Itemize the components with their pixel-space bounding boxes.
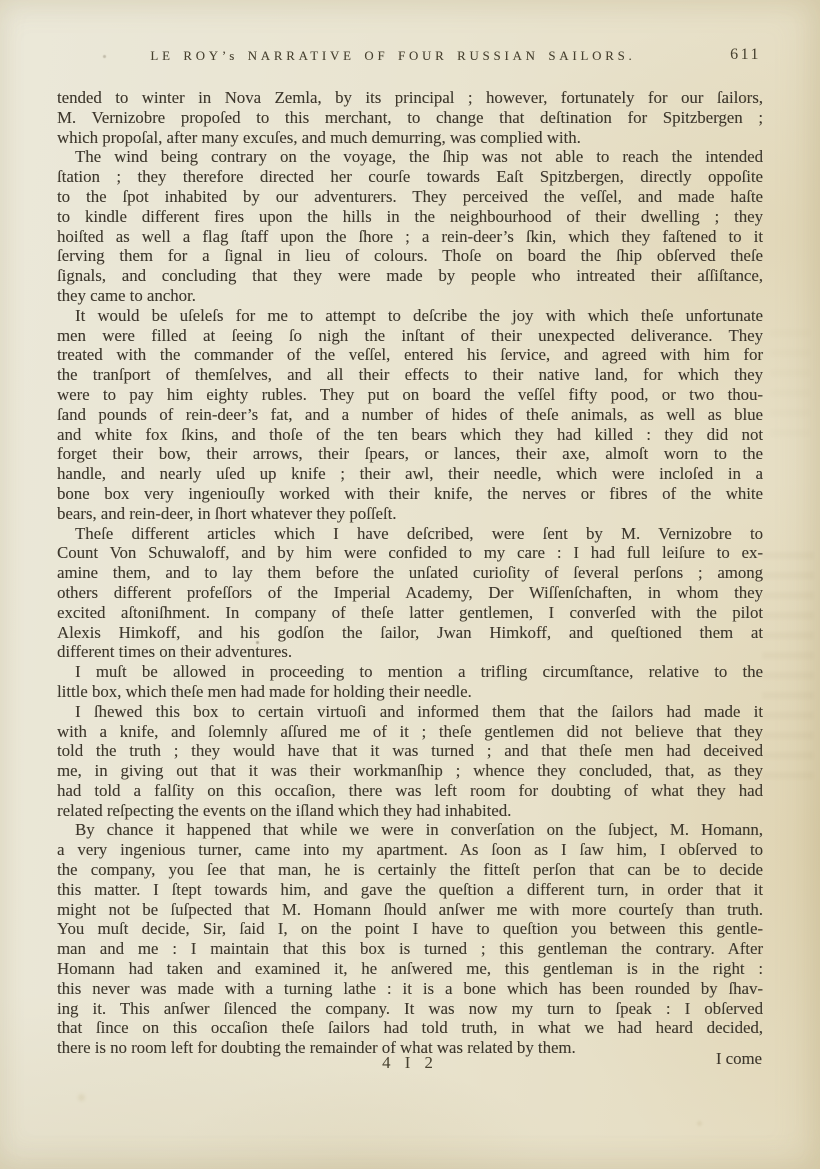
text-line: that ſince on this occaſion theſe ſailor… — [57, 1018, 763, 1038]
text-line: ing it. This anſwer ſilenced the company… — [57, 999, 763, 1019]
text-line: with a knife, and ſolemnly aſſured me of… — [57, 722, 763, 742]
text-line: treated with the commander of the veſſel… — [57, 345, 763, 365]
text-line: the tranſport of themſelves, and all the… — [57, 365, 763, 385]
text-line: men were filled at ſeeing ſo nigh the in… — [57, 326, 763, 346]
book-page: LE ROY’s NARRATIVE OF FOUR RUSSIAN SAILO… — [0, 0, 820, 1169]
text-line: The wind being contrary on the voyage, t… — [57, 147, 763, 167]
signature-mark: 4 I 2 — [57, 1053, 763, 1073]
text-line: were to pay him eighty rubles. They put … — [57, 385, 763, 405]
text-line: Alexis Himkoff, and his godſon the ſailo… — [57, 623, 763, 643]
text-line: related reſpecting the events on the iſl… — [57, 801, 763, 821]
text-line: ſerving them for a ſignal in lieu of col… — [57, 246, 763, 266]
text-line: to kindle different fires upon the hills… — [57, 207, 763, 227]
text-line: ſtation ; they therefore directed her co… — [57, 167, 763, 187]
paragraph: tended to winter in Nova Zemla, by its p… — [57, 88, 763, 147]
text-line: excited aſtoniſhment. In company of theſ… — [57, 603, 763, 623]
text-block: tended to winter in Nova Zemla, by its p… — [57, 88, 763, 1058]
text-line: to the ſpot inhabited by our adventurers… — [57, 187, 763, 207]
text-line: bone box very ingeniouſly worked with th… — [57, 484, 763, 504]
text-line: which propoſal, after many excuſes, and … — [57, 128, 763, 148]
text-line: they came to anchor. — [57, 286, 763, 306]
text-line: me, in giving out that it was their work… — [57, 761, 763, 781]
paragraph: The wind being contrary on the voyage, t… — [57, 147, 763, 305]
show-through-text — [770, 330, 810, 450]
text-line: By chance it happened that while we were… — [57, 820, 763, 840]
page-number: 611 — [730, 46, 761, 64]
paragraph: By chance it happened that while we were… — [57, 820, 763, 1058]
text-line: It would be uſeleſs for me to attempt to… — [57, 306, 763, 326]
paragraph: I muſt be allowed in proceeding to menti… — [57, 662, 763, 702]
text-line: You muſt decide, Sir, ſaid I, on the poi… — [57, 919, 763, 939]
text-line: others different profeſſors of the Imper… — [57, 583, 763, 603]
text-line: M. Vernizobre propoſed to this merchant,… — [57, 108, 763, 128]
text-line: this never was made with a turning lathe… — [57, 979, 763, 999]
text-line: a very ingenious turner, came into my ap… — [57, 840, 763, 860]
catchword: I come — [716, 1049, 762, 1069]
text-line: different times on their adventures. — [57, 642, 763, 662]
text-line: ſignals, and concluding that they were m… — [57, 266, 763, 286]
text-line: this matter. I ſtept towards him, and ga… — [57, 880, 763, 900]
text-line: told the truth ; they would have that it… — [57, 741, 763, 761]
paragraph: I ſhewed this box to certain virtuoſi an… — [57, 702, 763, 821]
text-line: had told a falſity on this occaſion, the… — [57, 781, 763, 801]
text-line: amine them, and to lay them before the u… — [57, 563, 763, 583]
text-line: Theſe different articles which I have de… — [57, 524, 763, 544]
text-line: hoiſted as well a flag ſtaff upon the ſh… — [57, 227, 763, 247]
ink-specks — [0, 0, 3, 3]
text-line: the company, you ſee that man, he is cer… — [57, 860, 763, 880]
text-line: forget their bow, their arrows, their ſp… — [57, 444, 763, 464]
text-line: I muſt be allowed in proceeding to menti… — [57, 662, 763, 682]
paragraph: It would be uſeleſs for me to attempt to… — [57, 306, 763, 524]
running-head: LE ROY’s NARRATIVE OF FOUR RUSSIAN SAILO… — [57, 49, 763, 69]
page-header-title: LE ROY’s NARRATIVE OF FOUR RUSSIAN SAILO… — [57, 49, 729, 64]
text-line: little box, which theſe men had made for… — [57, 682, 763, 702]
text-line: tended to winter in Nova Zemla, by its p… — [57, 88, 763, 108]
text-line: handle, and nearly uſed up knife ; their… — [57, 464, 763, 484]
text-line: might not be ſuſpected that M. Homann ſh… — [57, 900, 763, 920]
text-line: ſand pounds of rein-deer’s fat, and a nu… — [57, 405, 763, 425]
text-line: Count Von Schuwaloff, and by him were co… — [57, 543, 763, 563]
text-line: bears, and rein-deer, in ſhort whatever … — [57, 504, 763, 524]
text-line: I ſhewed this box to certain virtuoſi an… — [57, 702, 763, 722]
paragraph: Theſe different articles which I have de… — [57, 524, 763, 663]
text-line: Homann had taken and examined it, he anſ… — [57, 959, 763, 979]
page-footer: 4 I 2 I come — [57, 1049, 763, 1071]
text-line: and white fox ſkins, and thoſe of the te… — [57, 425, 763, 445]
show-through-text — [762, 552, 814, 792]
text-line: man and me : I maintain that this box is… — [57, 939, 763, 959]
